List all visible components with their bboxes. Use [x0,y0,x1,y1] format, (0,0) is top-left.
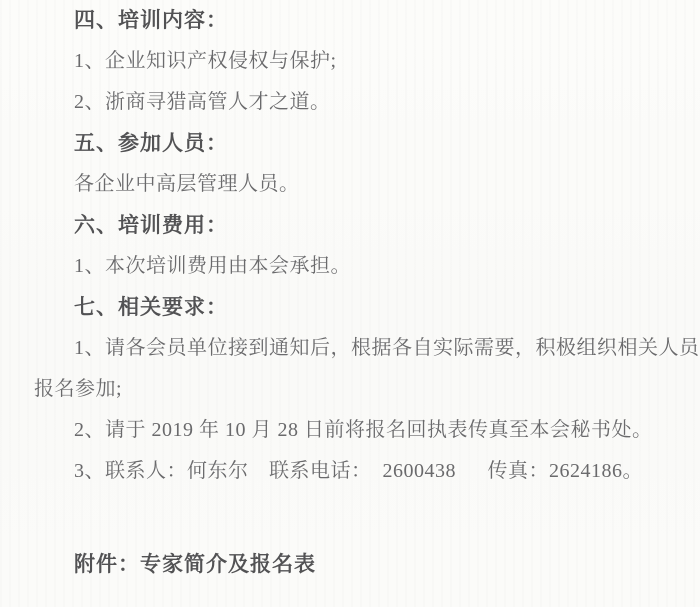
item-contacts: 3、联系人：何东尔 联系电话： 2600438 传真：2624186。 [34,451,680,492]
item-requirement-2: 2、请于 2019 年 10 月 28 日前将报名回执表传真至本会秘书处。 [34,410,680,451]
item-fee-borne: 1、本次培训费用由本会承担。 [34,246,680,287]
heading-participants: 五、参加人员： [34,123,680,164]
heading-training-fee: 六、培训费用： [34,205,680,246]
heading-training-content: 四、培训内容： [34,0,680,41]
item-ip-protection: 1、企业知识产权侵权与保护; [34,41,680,82]
document-page: 四、培训内容： 1、企业知识产权侵权与保护; 2、浙商寻猎高管人才之道。 五、参… [0,0,700,607]
item-requirement-1-line2: 报名参加; [34,369,680,410]
attachment-note: 附件：专家简介及报名表 [34,544,680,585]
item-participants-desc: 各企业中高层管理人员。 [34,164,680,205]
item-talent-hunting: 2、浙商寻猎高管人才之道。 [34,82,680,123]
item-requirement-1-line1: 1、请各会员单位接到通知后，根据各自实际需要，积极组织相关人员 [34,328,680,369]
heading-requirements: 七、相关要求： [34,287,680,328]
